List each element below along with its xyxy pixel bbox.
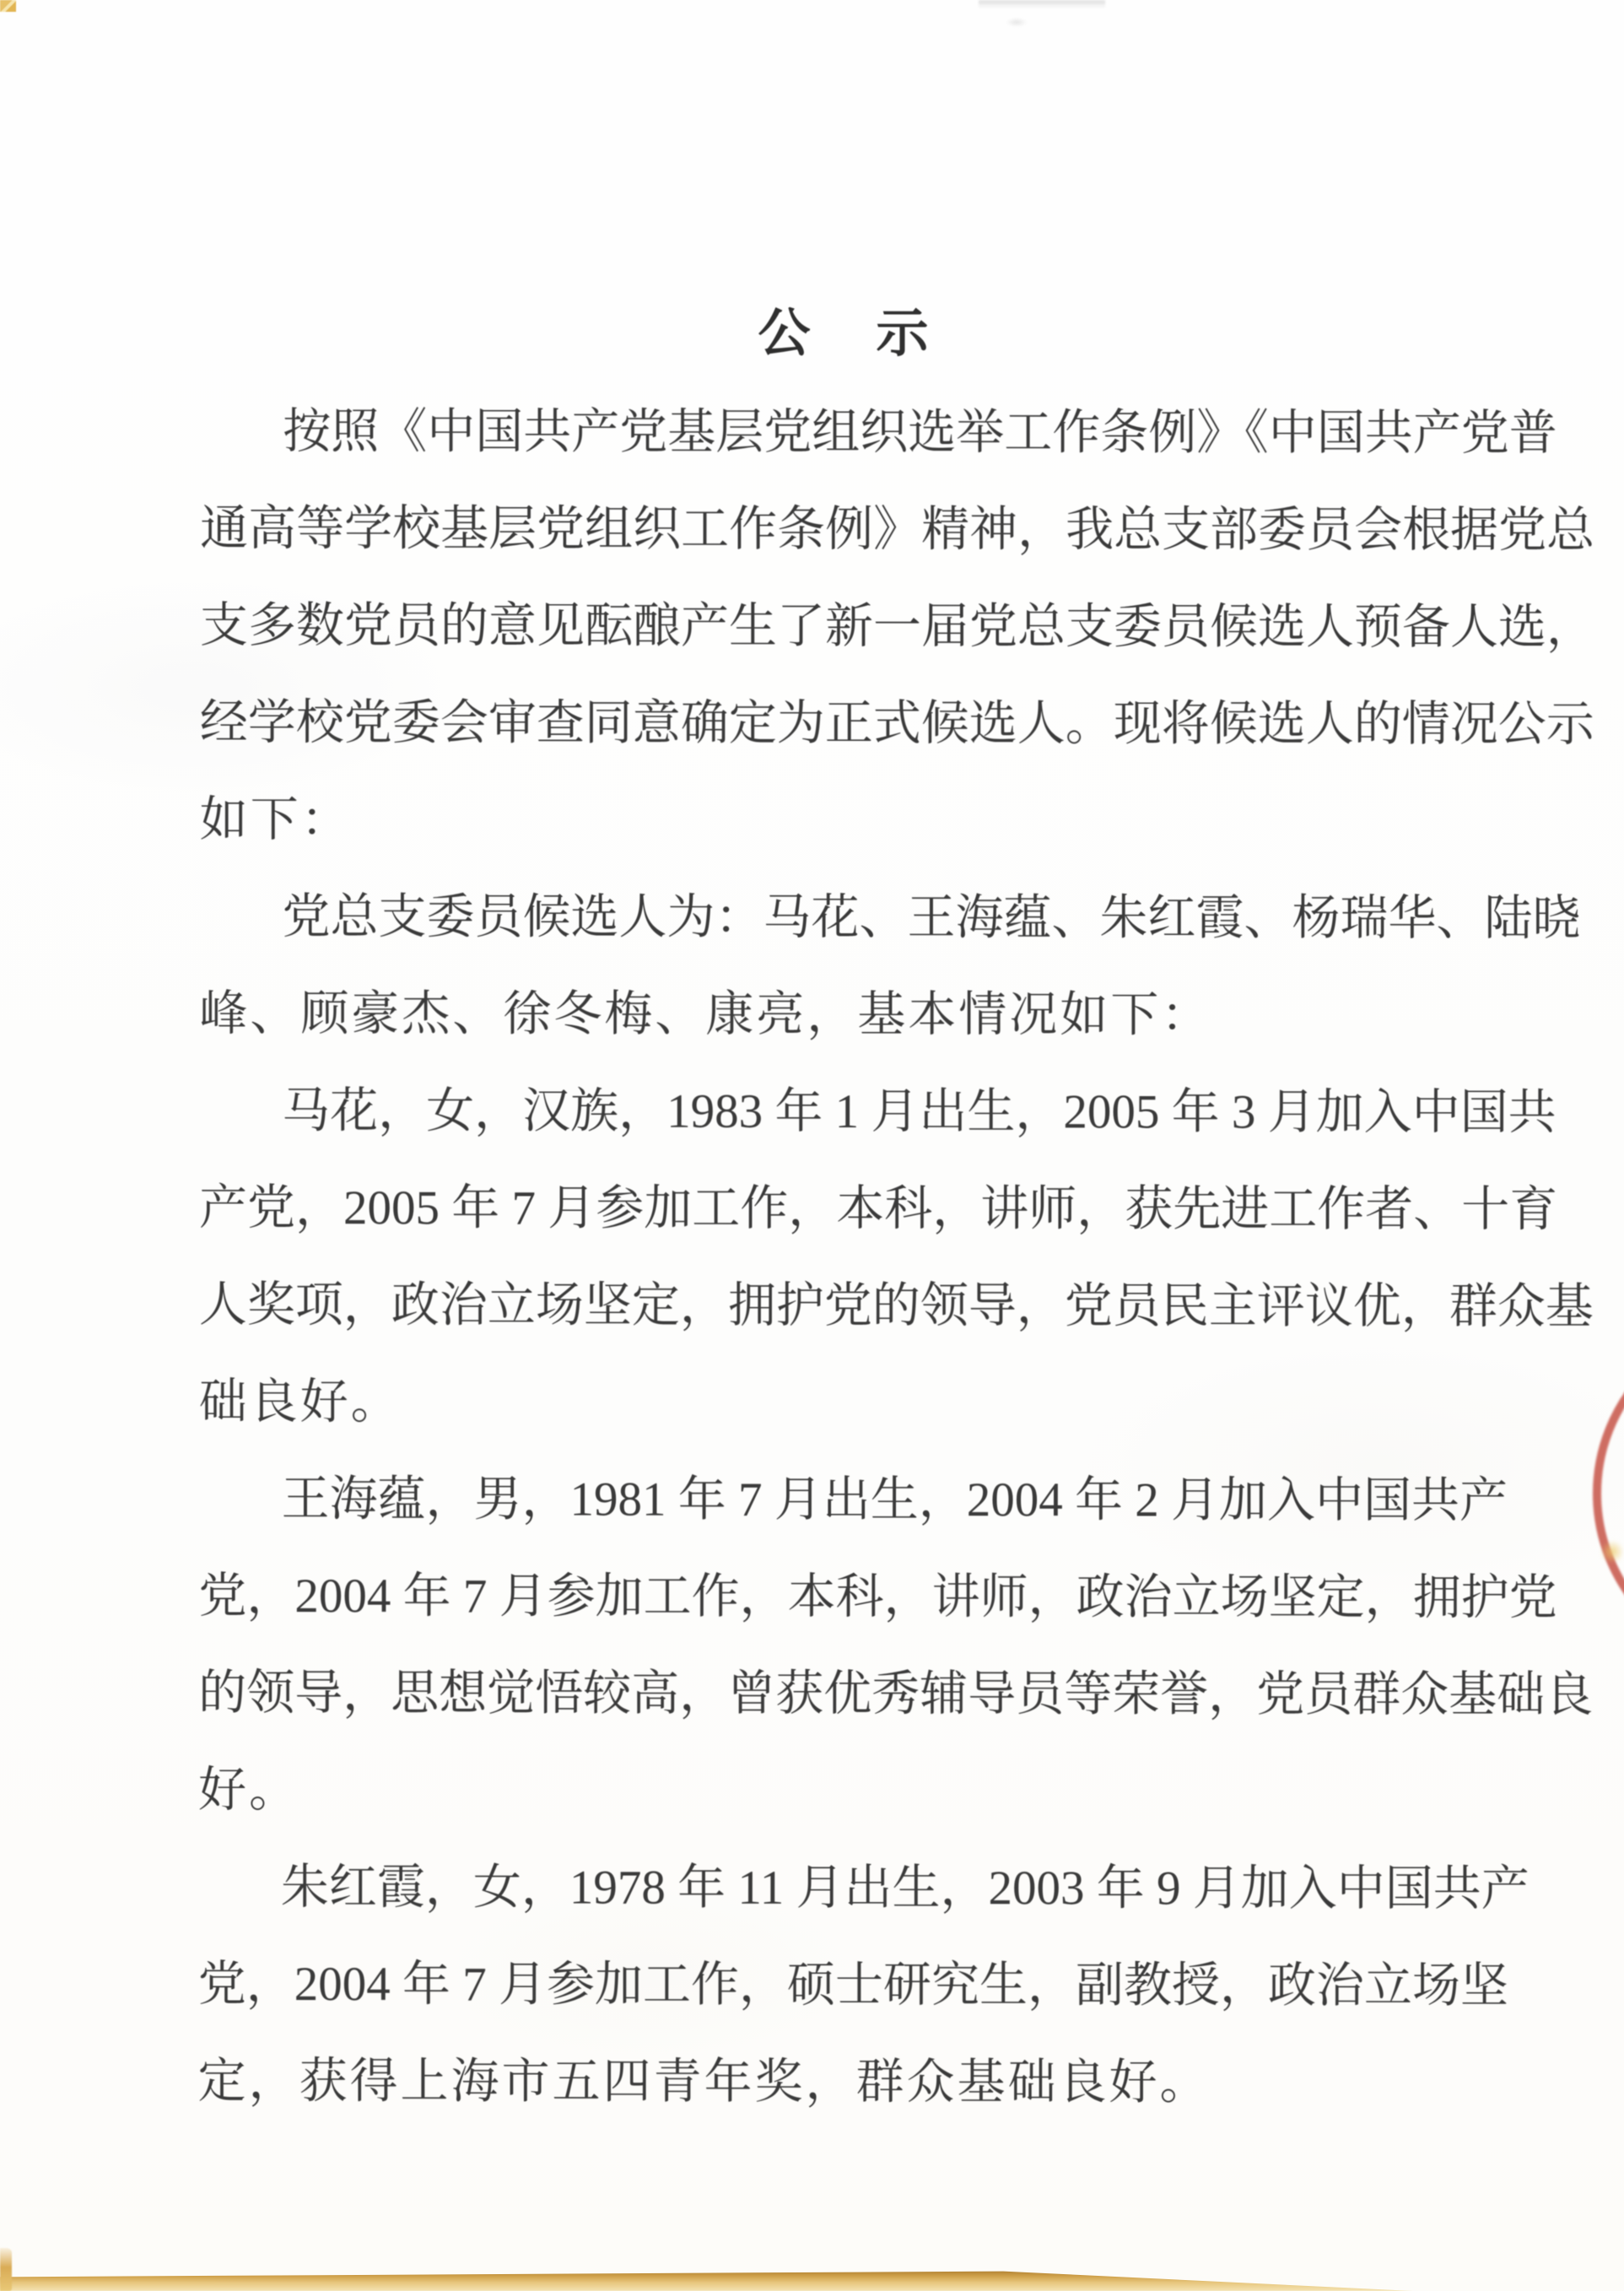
- paragraph-line: 王海蕴，男，1981 年 7 月出生，2004 年 2 月加入中国共产: [198, 1451, 1491, 1549]
- paragraph-line: 的领导，思想觉悟较高，曾获优秀辅导员等荣誉，党员群众基础良: [198, 1645, 1491, 1743]
- paragraph-line: 支多数党员的意见酝酿产生了新一届党总支委员候选人预备人选，: [200, 577, 1492, 676]
- paragraph-line: 础良好。: [199, 1354, 1492, 1452]
- paragraph-line: 产党，2005 年 7 月参加工作，本科，讲师，获先进工作者、十育: [199, 1159, 1492, 1258]
- paragraph-line: 如下：: [200, 771, 1492, 870]
- paragraph-line: 朱红霞，女，1978 年 11 月出生，2003 年 9 月加入中国共产: [198, 1839, 1491, 1937]
- notice-title: 公 示: [200, 286, 1492, 385]
- paragraph-line: 定，获得上海市五四青年奖，群众基础良好。: [197, 2033, 1490, 2132]
- paragraph-line: 经学校党委会审查同意确定为正式候选人。现将候选人的情况公示: [200, 674, 1492, 773]
- scan-smudge-top: [979, 0, 1105, 41]
- desk-edge-bottom-left: [0, 2248, 12, 2291]
- paragraph-line: 通高等学校基层党组织工作条例》精神，我总支部委员会根据党总: [200, 480, 1492, 579]
- paragraph-line: 人奖项，政治立场坚定，拥护党的领导，党员民主评议优，群众基: [199, 1256, 1492, 1355]
- scanned-notice-page: 公 示 按照《中国共产党基层党组织选举工作条例》《中国共产党普 通高等学校基层党…: [0, 0, 1624, 2291]
- desk-corner-top-left: [0, 0, 16, 12]
- desk-edge-bottom: [0, 2269, 1413, 2291]
- paragraph-line: 峰、顾豪杰、徐冬梅、康亮，基本情况如下：: [199, 965, 1492, 1064]
- paragraph-line: 按照《中国共产党基层党组织选举工作条例》《中国共产党普: [200, 383, 1492, 482]
- red-stamp-arc: [1593, 1316, 1624, 1671]
- paragraph-line: 党总支委员候选人为：马花、王海蕴、朱红霞、杨瑞华、陆晓: [199, 868, 1492, 967]
- notice-body: 公 示 按照《中国共产党基层党组织选举工作条例》《中国共产党普 通高等学校基层党…: [197, 286, 1492, 2132]
- paragraph-line: 党，2004 年 7 月参加工作，硕士研究生，副教授，政治立场坚: [198, 1936, 1491, 2034]
- paragraph-line: 马花，女，汉族，1983 年 1 月出生，2005 年 3 月加入中国共: [199, 1062, 1492, 1161]
- red-stamp-ink-dot: [1600, 1541, 1624, 1563]
- paragraph-line: 党，2004 年 7 月参加工作，本科，讲师，政治立场坚定，拥护党: [198, 1548, 1491, 1646]
- paragraph-line: 好。: [198, 1742, 1491, 1840]
